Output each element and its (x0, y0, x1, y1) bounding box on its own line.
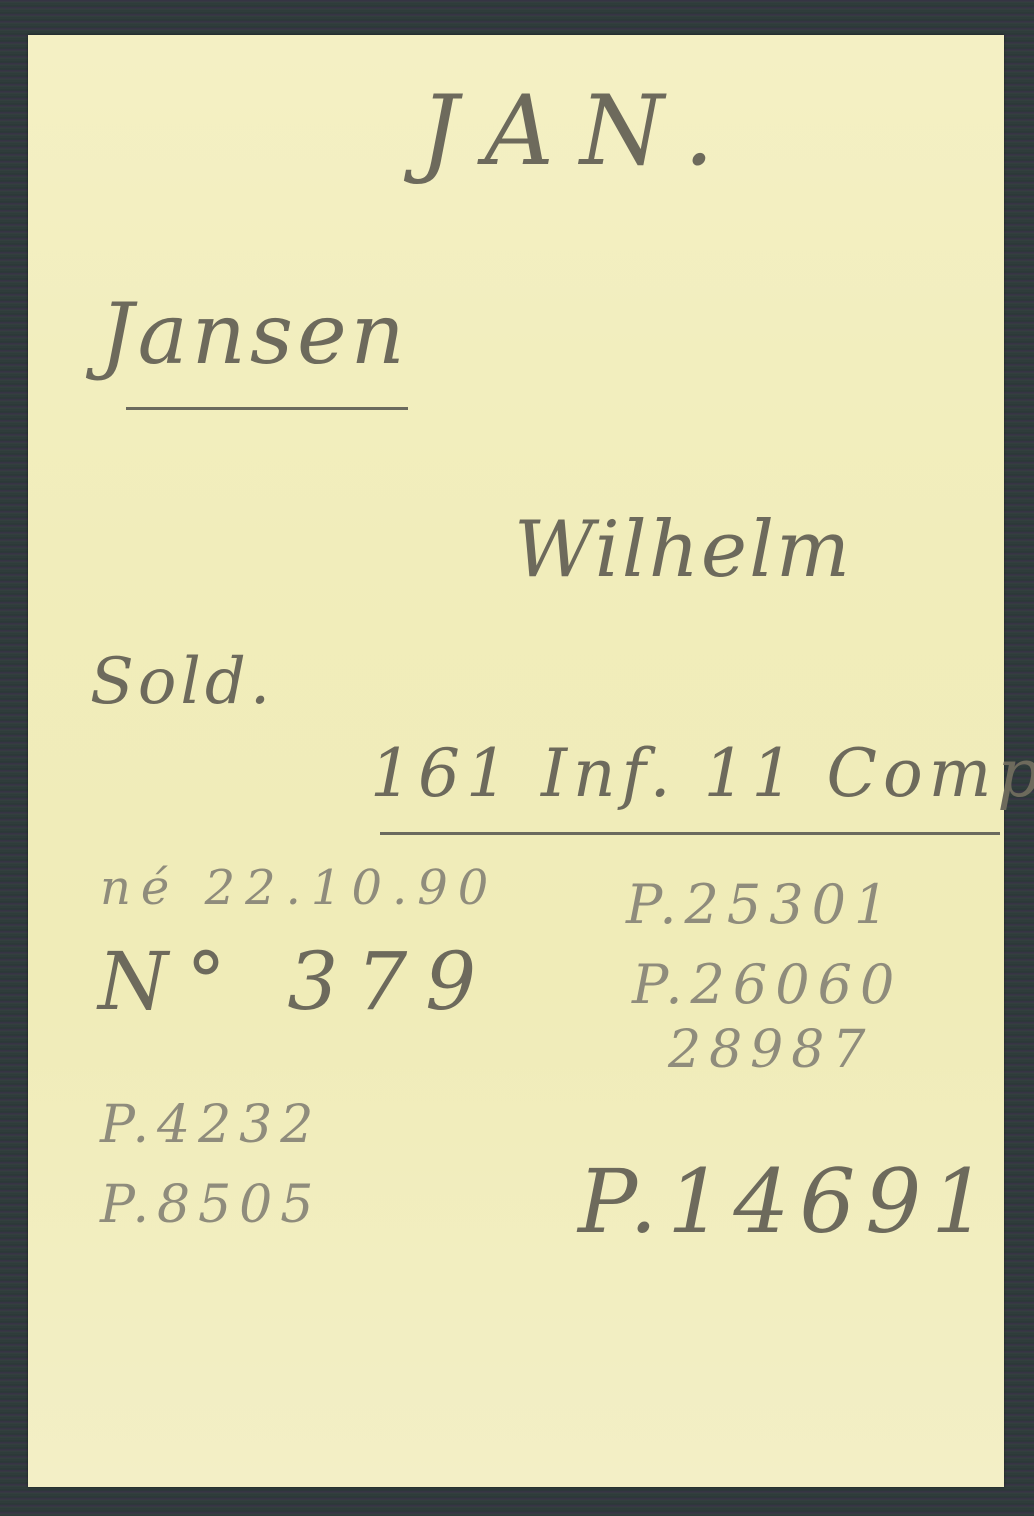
reference-right-1: P.25301 (626, 873, 896, 936)
reference-left-1: P.4232 (100, 1095, 321, 1155)
unit-underline (380, 832, 1000, 835)
surname-underline (126, 407, 408, 410)
birth-date: né 22.10.90 (100, 860, 498, 916)
given-name: Wilhelm (514, 505, 852, 595)
surname: Jansen (100, 285, 409, 383)
unit: 161 Inf. 11 Comp. (370, 735, 1034, 812)
reference-left-2: P.8505 (100, 1175, 321, 1235)
record-number: N° 379 (98, 935, 494, 1028)
reference-main: P.14691 (578, 1150, 997, 1253)
reference-right-3: 28987 (668, 1020, 873, 1080)
reference-right-2: P.26060 (632, 953, 902, 1016)
header-abbreviation: JAN. (420, 75, 740, 187)
index-card: JAN. Jansen Wilhelm Sold. 161 Inf. 11 Co… (28, 35, 1004, 1487)
rank-label: Sold. (90, 645, 274, 719)
